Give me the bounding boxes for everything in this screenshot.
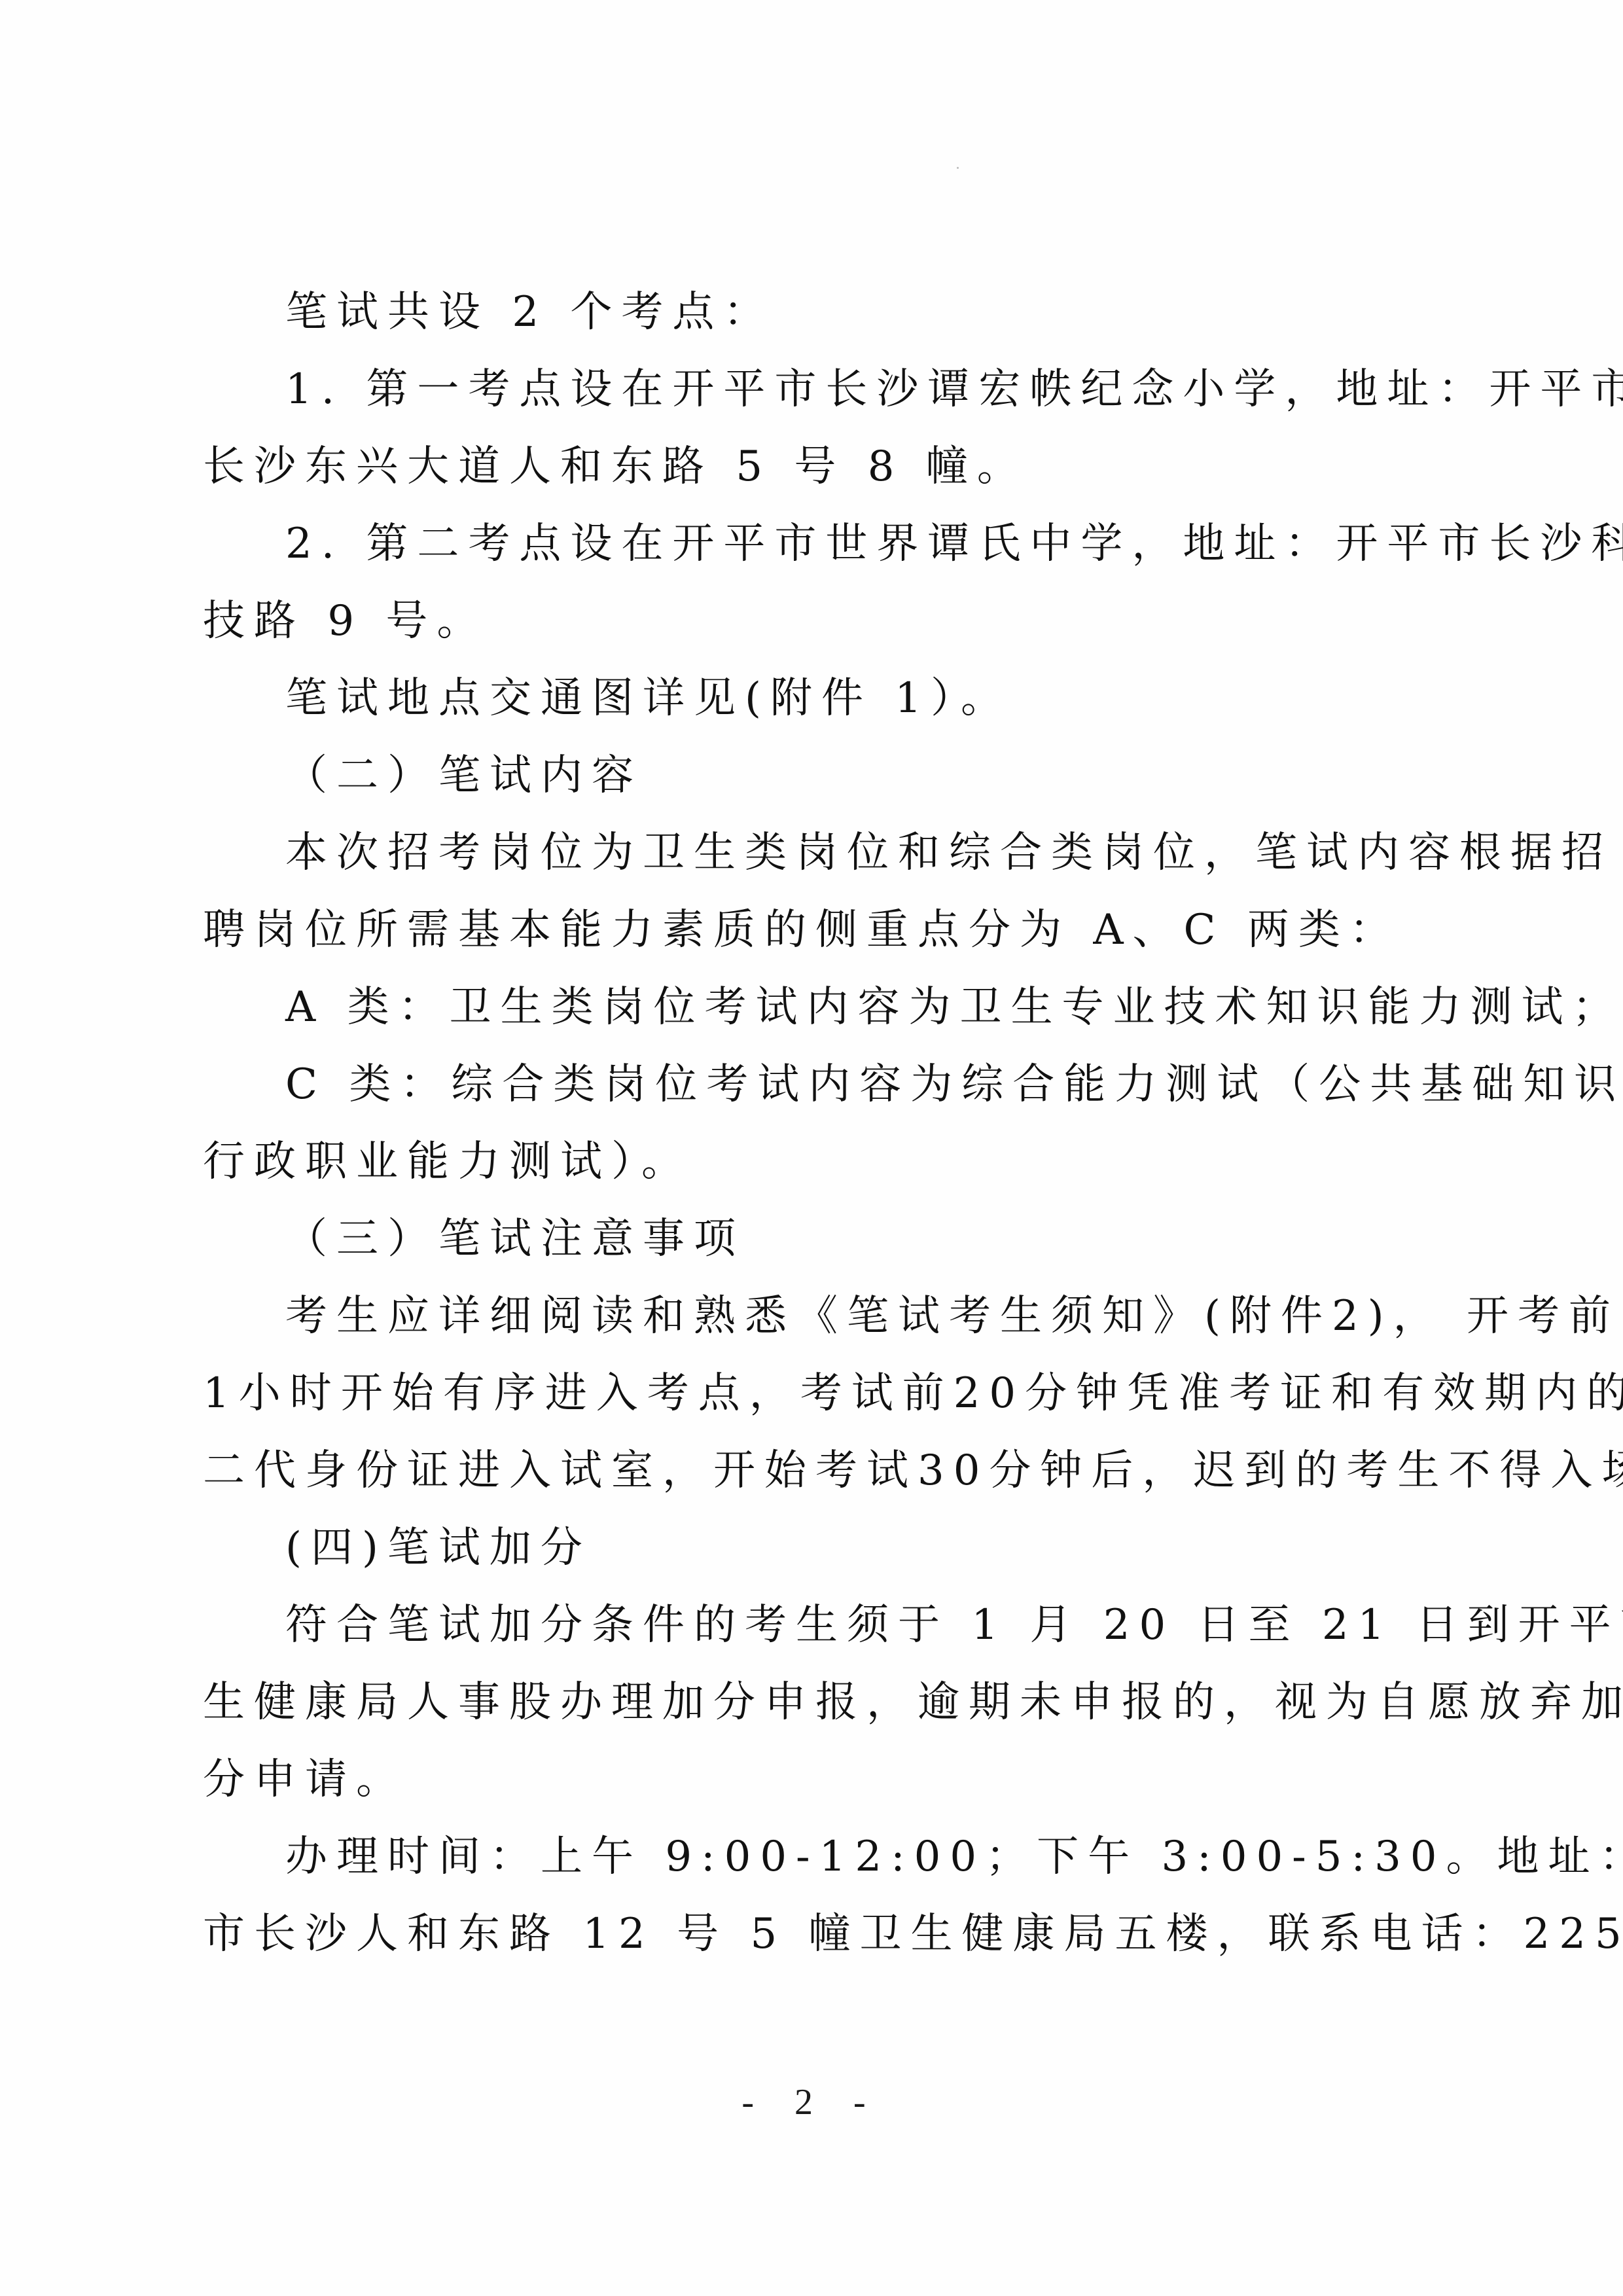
page-number: - 2 - — [0, 2081, 1623, 2123]
paragraph-line-notes-3: 二代身份证进入试室，开始考试30分钟后，迟到的考生不得入场。 — [203, 1432, 1394, 1509]
paragraph-line-site-1: 1. 第一考点设在开平市长沙谭宏帙纪念小学，地址：开平市 — [203, 351, 1394, 428]
section-heading-exam-content: （二）笔试内容 — [203, 737, 1394, 814]
paragraph-line-bonus-1: 符合笔试加分条件的考生须于 1 月 20 日至 21 日到开平市卫 — [203, 1587, 1394, 1664]
paragraph-line-exam-sites-intro: 笔试共设 2 个考点： — [203, 274, 1394, 351]
paragraph-line-office-address: 市长沙人和东路 12 号 5 幢卫生健康局五楼，联系电话：2252002。 — [203, 1895, 1394, 1973]
paragraph-line-site-1-cont: 长沙东兴大道人和东路 5 号 8 幢。 — [203, 428, 1394, 505]
paragraph-line-category-c: C 类：综合类岗位考试内容为综合能力测试（公共基础知识、 — [203, 1046, 1394, 1123]
paragraph-line-site-2-cont: 技路 9 号。 — [203, 583, 1394, 660]
paragraph-line-notes-1: 考生应详细阅读和熟悉《笔试考生须知》(附件2)， 开考前 — [203, 1278, 1394, 1355]
paragraph-line-category-c-cont: 行政职业能力测试）。 — [203, 1123, 1394, 1200]
paragraph-line-map-reference: 笔试地点交通图详见(附件 1）。 — [203, 660, 1394, 737]
paragraph-line-category-a: A 类：卫生类岗位考试内容为卫生专业技术知识能力测试； — [203, 969, 1394, 1046]
document-page: 笔试共设 2 个考点： 1. 第一考点设在开平市长沙谭宏帙纪念小学，地址：开平市… — [0, 0, 1623, 2296]
document-body: 笔试共设 2 个考点： 1. 第一考点设在开平市长沙谭宏帙纪念小学，地址：开平市… — [203, 274, 1394, 1973]
paragraph-line-office-hours: 办理时间：上午 9:00-12:00；下午 3:00-5:30。地址：开平 — [203, 1818, 1394, 1895]
section-heading-bonus-points: (四)笔试加分 — [203, 1509, 1394, 1587]
paragraph-line-bonus-3: 分申请。 — [203, 1741, 1394, 1818]
scan-speck — [957, 167, 959, 169]
paragraph-line-content-intro-cont: 聘岗位所需基本能力素质的侧重点分为 A、C 两类： — [203, 891, 1394, 969]
section-heading-exam-notes: （三）笔试注意事项 — [203, 1200, 1394, 1278]
paragraph-line-notes-2: 1小时开始有序进入考点，考试前20分钟凭准考证和有效期内的 — [203, 1355, 1394, 1432]
paragraph-line-site-2: 2. 第二考点设在开平市世界谭氏中学，地址：开平市长沙科 — [203, 505, 1394, 583]
paragraph-line-content-intro: 本次招考岗位为卫生类岗位和综合类岗位，笔试内容根据招 — [203, 814, 1394, 891]
paragraph-line-bonus-2: 生健康局人事股办理加分申报，逾期未申报的，视为自愿放弃加 — [203, 1664, 1394, 1741]
